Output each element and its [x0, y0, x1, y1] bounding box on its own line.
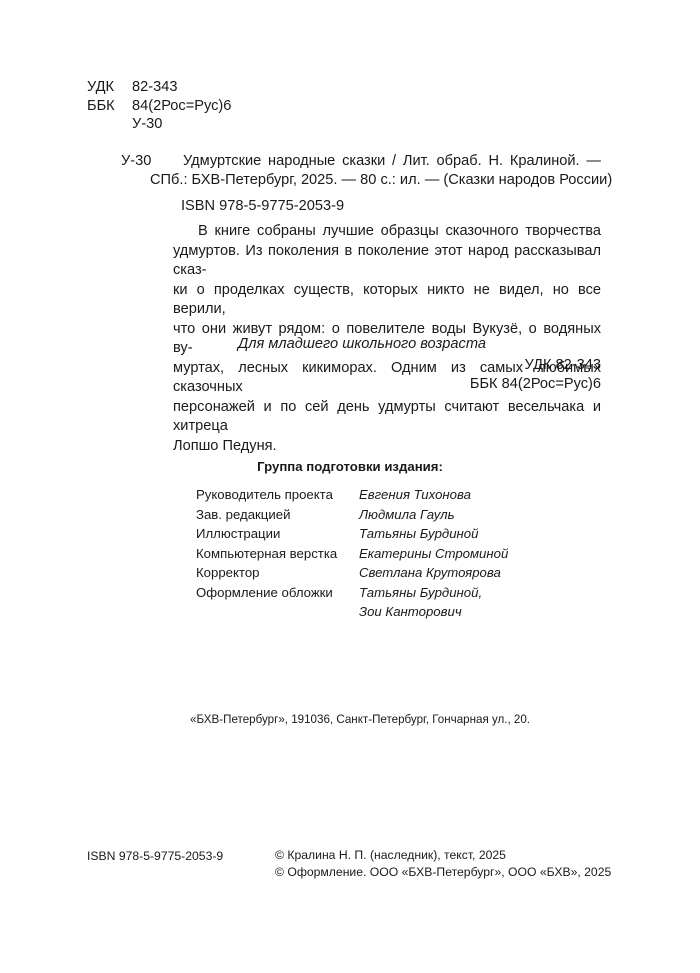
team-person: Екатерины Строминой — [359, 544, 508, 564]
isbn-top: ISBN 978-5-9775-2053-9 — [181, 198, 344, 214]
team-person: Людмила Гауль — [359, 505, 455, 525]
team-person: Евгения Тихонова — [359, 485, 471, 505]
team-list: Руководитель проекта Евгения Тихонова За… — [196, 485, 508, 622]
team-role: Компьютерная верстка — [196, 544, 359, 564]
team-row: Зав. редакцией Людмила Гауль — [196, 505, 508, 525]
udk-row: УДК 82-343 — [87, 78, 231, 97]
copyright-line: © Оформление. ООО «БХВ-Петербург», ООО «… — [275, 864, 611, 881]
annotation-line: персонажей и по сей день удмурты считают… — [173, 398, 601, 437]
team-role: Зав. редакцией — [196, 505, 359, 525]
copyright-block: © Кралина Н. П. (наследник), текст, 2025… — [275, 847, 611, 880]
team-person: Татьяны Бурдиной, — [359, 583, 482, 603]
team-role — [196, 602, 359, 622]
annotation-line: удмуртов. Из поколения в поколение этот … — [173, 242, 601, 281]
classification-codes-right: УДК 82-343 ББК 84(2Рос=Рус)6 — [470, 356, 601, 394]
team-title: Группа подготовки издания: — [0, 459, 700, 474]
bbk-right: ББК 84(2Рос=Рус)6 — [470, 375, 601, 394]
publisher-address: «БХВ-Петербург», 191036, Санкт-Петербург… — [190, 713, 530, 726]
team-role: Иллюстрации — [196, 524, 359, 544]
team-person: Татьяны Бурдиной — [359, 524, 478, 544]
udk-label: УДК — [87, 78, 132, 97]
catalog-author-mark: У-30 — [121, 152, 151, 171]
team-person: Зои Канторович — [359, 602, 462, 622]
team-role: Корректор — [196, 563, 359, 583]
team-person: Светлана Крутоярова — [359, 563, 501, 583]
isbn-bottom: ISBN 978-5-9775-2053-9 — [87, 849, 223, 863]
udk-right: УДК 82-343 — [470, 356, 601, 375]
author-mark: У-30 — [87, 115, 231, 134]
annotation-line: Лопшо Педуня. — [173, 437, 601, 457]
copyright-line: © Кралина Н. П. (наследник), текст, 2025 — [275, 847, 611, 864]
team-row: Компьютерная верстка Екатерины Строминой — [196, 544, 508, 564]
bbk-row: ББК 84(2Рос=Рус)6 — [87, 97, 231, 116]
annotation-line: ки о проделках существ, которых никто не… — [173, 281, 601, 320]
audience-note: Для младшего школьного возраста — [238, 336, 486, 352]
team-role: Оформление обложки — [196, 583, 359, 603]
team-row: Руководитель проекта Евгения Тихонова — [196, 485, 508, 505]
annotation-line: В книге собраны лучшие образцы сказочног… — [173, 222, 601, 242]
udk-value: 82-343 — [132, 78, 177, 97]
catalog-line-2: СПб.: БХВ-Петербург, 2025. — 80 с.: ил. … — [150, 171, 601, 190]
team-row: Иллюстрации Татьяны Бурдиной — [196, 524, 508, 544]
bbk-value: 84(2Рос=Рус)6 — [132, 97, 231, 116]
team-row: Зои Канторович — [196, 602, 508, 622]
team-row: Корректор Светлана Крутоярова — [196, 563, 508, 583]
classification-codes: УДК 82-343 ББК 84(2Рос=Рус)6 У-30 — [87, 78, 231, 134]
team-role: Руководитель проекта — [196, 485, 359, 505]
catalog-line-1: Удмуртские народные сказки / Лит. обраб.… — [183, 152, 601, 171]
team-row: Оформление обложки Татьяны Бурдиной, — [196, 583, 508, 603]
bbk-label: ББК — [87, 97, 132, 116]
